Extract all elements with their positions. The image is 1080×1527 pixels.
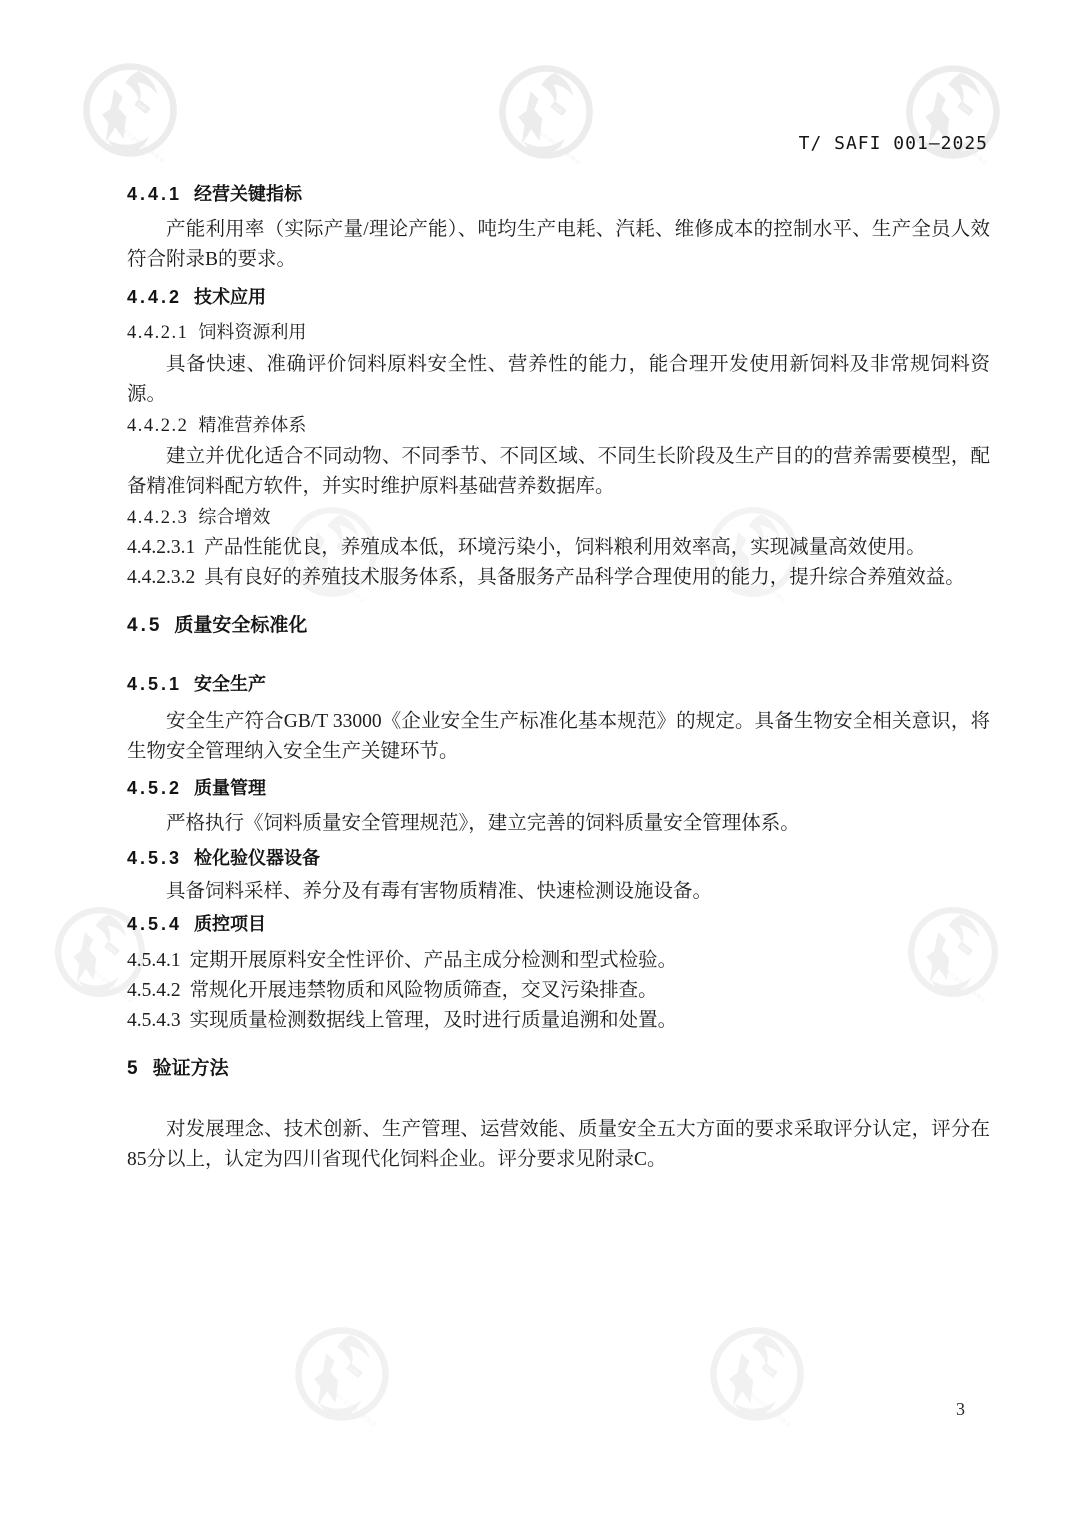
clause-number: 4.5.4.3 <box>127 1010 181 1031</box>
clause-number: 4.5.1 <box>127 674 182 694</box>
page-number: 3 <box>956 1399 965 1420</box>
clause-title: 安全生产 <box>194 674 266 694</box>
paragraph-text: 定期开展原料安全性评价、产品主成分检测和型式检验。 <box>190 950 678 971</box>
clause-heading-4-4-1: 4.4.1经营关键指标 <box>127 179 990 209</box>
body-paragraph: 安全生产符合GB/T 33000《企业安全生产标准化基本规范》的规定。具备生物安… <box>127 707 990 767</box>
numbered-paragraph: 4.5.4.1定期开展原料安全性评价、产品主成分检测和型式检验。 <box>127 946 990 976</box>
clause-title: 经营关键指标 <box>194 184 302 204</box>
numbered-paragraph: 4.5.4.3实现质量检测数据线上管理，及时进行质量追溯和处置。 <box>127 1006 990 1036</box>
body-paragraph: 对发展理念、技术创新、生产管理、运营效能、质量安全五大方面的要求采取评分认定，评… <box>127 1115 990 1175</box>
clause-title: 质量安全标准化 <box>174 615 307 636</box>
numbered-paragraph: 4.4.2.3.1产品性能优良，养殖成本低，环境污染小，饲料粮利用效率高，实现减… <box>127 533 990 563</box>
watermark-logo <box>290 1322 394 1426</box>
body-paragraph: 建立并优化适合不同动物、不同季节、不同区域、不同生长阶段及生产目的的营养需要模型… <box>127 442 990 502</box>
numbered-paragraph: 4.5.4.2常规化开展违禁物质和风险物质筛查，交叉污染排查。 <box>127 976 990 1006</box>
clause-title: 精准营养体系 <box>198 415 306 435</box>
clause-number: 4.5.4 <box>127 914 182 934</box>
clause-number: 4.5 <box>127 615 162 636</box>
paragraph-text: 具有良好的养殖技术服务体系，具备服务产品科学合理使用的能力，提升综合养殖效益。 <box>204 567 965 588</box>
watermark-logo <box>705 1322 809 1426</box>
clause-number: 4.5.2 <box>127 778 182 798</box>
clause-number: 4.4.2.3 <box>127 508 188 528</box>
clause-number: 4.4.2.1 <box>127 323 188 343</box>
body-paragraph: 具备饲料采样、养分及有毒有害物质精准、快速检测设施设备。 <box>127 877 990 907</box>
clause-heading-4-5-3: 4.5.3检化验仪器设备 <box>127 843 990 873</box>
clause-title: 质控项目 <box>194 914 266 934</box>
paragraph-text: 实现质量检测数据线上管理，及时进行质量追溯和处置。 <box>190 1010 678 1031</box>
clause-number: 4.4.2 <box>127 287 182 307</box>
clause-number: 4.4.1 <box>127 184 182 204</box>
clause-number: 4.4.2.3.2 <box>127 567 195 588</box>
clause-heading-5: 5验证方法 <box>127 1054 990 1084</box>
clause-number: 4.4.2.2 <box>127 416 188 436</box>
document-content: 4.4.1经营关键指标 产能利用率（实际产量/理论产能）、吨均生产电耗、汽耗、维… <box>127 0 990 1175</box>
clause-title: 综合增效 <box>198 507 270 527</box>
clause-heading-4-4-2: 4.4.2技术应用 <box>127 282 990 312</box>
clause-title: 技术应用 <box>194 287 266 307</box>
clause-title: 质量管理 <box>194 778 266 798</box>
clause-title: 检化验仪器设备 <box>194 848 320 868</box>
clause-heading-4-4-2-2: 4.4.2.2精准营养体系 <box>127 410 990 441</box>
clause-number: 4.5.4.2 <box>127 980 181 1001</box>
clause-heading-4-5-2: 4.5.2质量管理 <box>127 773 990 803</box>
body-paragraph: 产能利用率（实际产量/理论产能）、吨均生产电耗、汽耗、维修成本的控制水平、生产全… <box>127 215 990 275</box>
clause-title: 验证方法 <box>153 1058 229 1079</box>
paragraph-text: 产品性能优良，养殖成本低，环境污染小，饲料粮利用效率高，实现减量高效使用。 <box>204 537 926 558</box>
body-paragraph: 具备快速、准确评价饲料原料安全性、营养性的能力，能合理开发使用新饲料及非常规饲料… <box>127 350 990 410</box>
clause-number: 5 <box>127 1058 141 1079</box>
clause-title: 饲料资源利用 <box>198 322 306 342</box>
clause-number: 4.5.3 <box>127 848 182 868</box>
doc-code: T/ SAFI 001—2025 <box>799 133 988 154</box>
clause-number: 4.4.2.3.1 <box>127 537 195 558</box>
document-page: SAFI 四川省饲料工业协会 T/ SAFI 001—2025 4.4.1经营关… <box>0 0 1080 1527</box>
paragraph-text: 常规化开展违禁物质和风险物质筛查，交叉污染排查。 <box>190 980 658 1001</box>
numbered-paragraph: 4.4.2.3.2具有良好的养殖技术服务体系，具备服务产品科学合理使用的能力，提… <box>127 563 990 593</box>
clause-heading-4-5-1: 4.5.1安全生产 <box>127 669 990 699</box>
clause-number: 4.5.4.1 <box>127 950 181 971</box>
clause-heading-4-5: 4.5质量安全标准化 <box>127 611 990 641</box>
clause-heading-4-4-2-3: 4.4.2.3综合增效 <box>127 502 990 533</box>
clause-heading-4-4-2-1: 4.4.2.1饲料资源利用 <box>127 317 990 348</box>
clause-heading-4-5-4: 4.5.4质控项目 <box>127 909 990 939</box>
body-paragraph: 严格执行《饲料质量安全管理规范》，建立完善的饲料质量安全管理体系。 <box>127 809 990 839</box>
